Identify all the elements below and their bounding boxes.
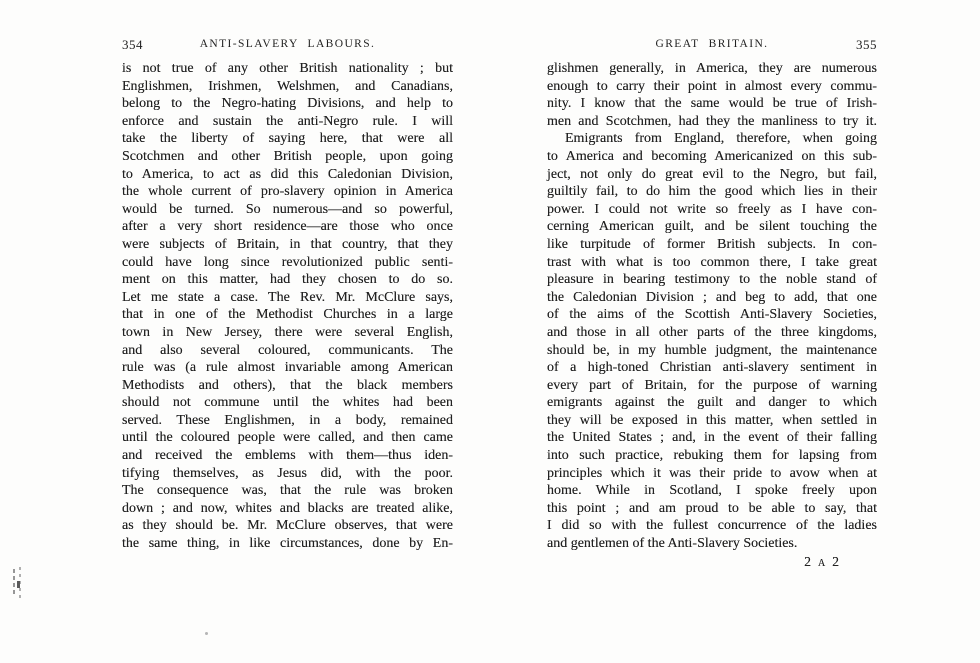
text-line: the whole current of pro-slavery opinion… (122, 183, 453, 201)
text-line: and gentlemen of the Anti-Slavery Societ… (547, 535, 877, 553)
text-line: glishmen generally, in America, they are… (547, 60, 877, 78)
text-line: ment on this matter, had they chosen to … (122, 271, 453, 289)
text-line: the same thing, in like circumstances, d… (122, 535, 453, 553)
text-line: pleasure in bearing testimony to the nob… (547, 271, 877, 289)
text-line: I did so with the fullest concurrence of… (547, 517, 877, 535)
text-line: town in New Jersey, there were several E… (122, 324, 453, 342)
text-line: would be turned. So numerous—and so powe… (122, 201, 453, 219)
text-line: take the liberty of saying here, that we… (122, 130, 453, 148)
text-line: of a high-toned Christian anti-slavery s… (547, 359, 877, 377)
right-page-number: 355 (856, 38, 877, 51)
text-line: Let me state a case. The Rev. Mr. McClur… (122, 289, 453, 307)
signature-mid: A (818, 558, 826, 569)
text-line: enough to carry their point in almost ev… (547, 78, 877, 96)
text-line: every part of Britain, for the purpose o… (547, 377, 877, 395)
text-line: the Caledonian Division ; and beg to add… (547, 289, 877, 307)
text-line: and those in all other parts of the thre… (547, 324, 877, 342)
text-line: rule was (a rule almost invariable among… (122, 359, 453, 377)
text-line: until the coloured people were called, a… (122, 429, 453, 447)
ink-speck (205, 632, 208, 635)
right-running-title: GREAT BRITAIN. (547, 38, 877, 51)
text-line: nity. I know that the same would be true… (547, 95, 877, 113)
text-line: the United States ; and, in the event of… (547, 429, 877, 447)
text-line: were subjects of Britain, in that countr… (122, 236, 453, 254)
text-line: Emigrants from England, therefore, when … (547, 130, 877, 148)
text-line: tifying themselves, as Jesus did, with t… (122, 465, 453, 483)
right-page: GREAT BRITAIN. 355 glishmen generally, i… (547, 38, 877, 570)
scan-artifact (11, 567, 23, 606)
text-line: into such practice, rebuking them for la… (547, 447, 877, 465)
text-line: to America and becoming Americanized on … (547, 148, 877, 166)
text-line: Scotchmen and other British people, upon… (122, 148, 453, 166)
left-running-title: ANTI-SLAVERY LABOURS. (122, 38, 453, 51)
text-line: after a very short residence—are those w… (122, 218, 453, 236)
right-text-column: glishmen generally, in America, they are… (547, 60, 877, 553)
text-line: and received the emblems with them—thus … (122, 447, 453, 465)
text-line: they will be exposed in this matter, whe… (547, 412, 877, 430)
signature-left: 2 (804, 554, 812, 569)
text-line: this point ; and am proud to be able to … (547, 500, 877, 518)
text-line: could have long since revolutionized pub… (122, 254, 453, 272)
text-line: served. These Englishmen, in a body, rem… (122, 412, 453, 430)
text-line: to America, to act as did this Caledonia… (122, 166, 453, 184)
text-line: should not commune until the whites had … (122, 394, 453, 412)
left-text-column: is not true of any other British nationa… (122, 60, 453, 553)
text-line: of the aims of the Scottish Anti-Slavery… (547, 306, 877, 324)
text-line: down ; and now, whites and blacks are tr… (122, 500, 453, 518)
text-line: trast with what is too common there, I t… (547, 254, 877, 272)
text-line: The consequence was, that the rule was b… (122, 482, 453, 500)
text-line: and also several coloured, communicants.… (122, 342, 453, 360)
text-line: like turpitude of former British subject… (547, 236, 877, 254)
text-line: ject, not only do great evil to the Negr… (547, 166, 877, 184)
text-line: principles which it was their pride to a… (547, 465, 877, 483)
text-line: Englishmen, Irishmen, Welshmen, and Cana… (122, 78, 453, 96)
text-line: cerning American guilt, and be silent to… (547, 218, 877, 236)
right-page-header: GREAT BRITAIN. 355 (547, 38, 877, 51)
text-line: guiltily fail, to do him the good which … (547, 183, 877, 201)
left-page-header: 354 ANTI-SLAVERY LABOURS. (122, 38, 453, 51)
book-scan: 354 ANTI-SLAVERY LABOURS. is not true of… (0, 0, 980, 663)
scan-artifact-marks (11, 567, 23, 601)
text-line: that in one of the Methodist Churches in… (122, 306, 453, 324)
text-line: belong to the Negro-hating Divisions, an… (122, 95, 453, 113)
signature-right: 2 (832, 554, 840, 569)
left-page: 354 ANTI-SLAVERY LABOURS. is not true of… (122, 38, 453, 553)
text-line: Methodists and others), that the black m… (122, 377, 453, 395)
text-line: emigrants against the guilt and danger t… (547, 394, 877, 412)
text-line: home. While in Scotland, I spoke freely … (547, 482, 877, 500)
text-line: enforce and sustain the anti-Negro rule.… (122, 113, 453, 131)
text-line: should be, in my humble judgment, the ma… (547, 342, 877, 360)
text-line: power. I could not write so freely as I … (547, 201, 877, 219)
signature-mark: 2A2 (547, 553, 877, 571)
text-line: is not true of any other British nationa… (122, 60, 453, 78)
text-line: as they should be. Mr. McClure observes,… (122, 517, 453, 535)
text-line: men and Scotchmen, had they the manlines… (547, 113, 877, 131)
